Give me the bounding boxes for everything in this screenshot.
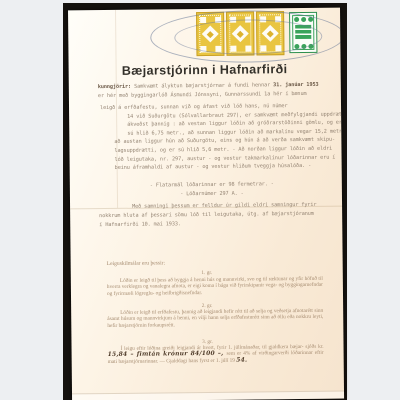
intro-date: 31. janúar 1953 [273,82,318,88]
body-line: beinu áframhaldi af austur - og vestur h… [115,162,342,173]
section-3-text: Í leigu eftir lóðina greiði leigjandi ár… [108,344,324,365]
section-2-text: Lóðin er leigð til erfðafestu, þannig að… [107,308,323,329]
body-paragraph: leigð á erfðafestu, sunnan við og áfast … [69,102,342,174]
closing-paragraph: Með samningi þessum er felldur úr gildi … [99,201,317,230]
page-bottom-edge [72,391,344,400]
revenue-stamps-block [196,11,343,67]
intro-line-2: er hér með byggingarlóð Ásmundi Jónssyni… [98,89,319,100]
section-1-text: Lóðin er leigð til þess að byggja á henn… [107,276,323,297]
intro-lead: kunngjörir: [98,84,131,90]
page-title: Bæjarstjórinn i Hafnarfirði [69,62,341,79]
scanned-document: Bæjarstjórinn i Hafnarfirði kunngjörir: … [68,8,344,400]
handwritten-year: 54. [236,356,247,363]
closing-line: í Hafnarfirði 10. maí 1933. [99,218,317,229]
terms-heading: Leiguskilmálar eru þessir: [107,260,165,267]
section-3-line4-prefix: 1. júlí 19 [216,358,235,364]
intro-paragraph: kunngjörir: Samkvæmt ályktun bæjarstjórn… [98,81,319,100]
plot-number-line: - Lóðarnúmer 297 A. - [99,189,325,200]
document-photo: Bæjarstjórinn i Hafnarfirði kunngjörir: … [63,3,347,400]
